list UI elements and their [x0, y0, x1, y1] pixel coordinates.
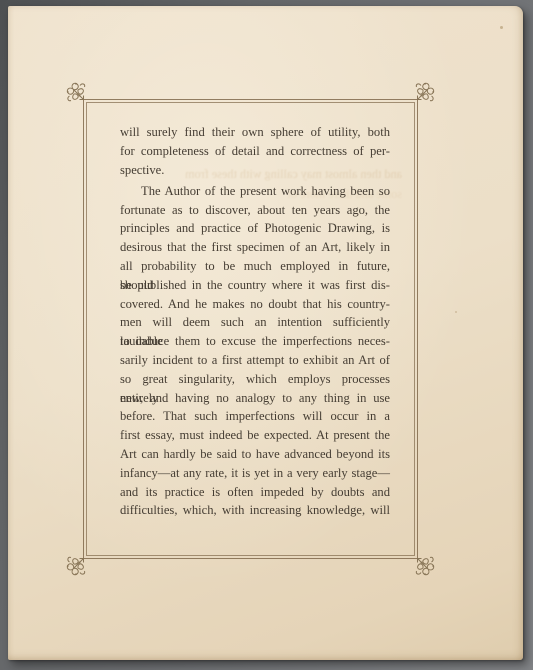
- text-line: be published in the country where it was…: [120, 276, 390, 295]
- corner-fleuron-top-left-icon: [66, 82, 100, 116]
- paper-speck: [500, 26, 503, 29]
- text-line: fortunate as to discover, about ten year…: [120, 201, 390, 220]
- text-line: desirous that the first specimen of an A…: [120, 238, 390, 257]
- text-line: covered. And he makes no doubt that his …: [120, 295, 390, 314]
- book-page: and then almost may calling with these f…: [8, 6, 523, 660]
- text-line: difficulties, which, with increasing kno…: [120, 501, 390, 520]
- text-line: all probability to be much employed in f…: [120, 257, 390, 276]
- text-line: principles and practice of Photogenic Dr…: [120, 219, 390, 238]
- text-line: and its practice is often impeded by dou…: [120, 483, 390, 502]
- corner-fleuron-top-right-icon: [401, 82, 435, 116]
- text-line: first essay, must indeed be expected. At…: [120, 426, 390, 445]
- text-line: for completeness of detail and correctne…: [120, 142, 390, 161]
- paper-speck: [455, 311, 457, 313]
- text-line: men will deem such an intention sufficie…: [120, 313, 390, 332]
- paragraph: The Author of the present work having be…: [120, 182, 390, 520]
- photo-backdrop: and then almost may calling with these f…: [0, 0, 533, 670]
- text-line: before. That such imperfections will occ…: [120, 407, 390, 426]
- text-line: infancy—at any rate, it is yet in a very…: [120, 464, 390, 483]
- text-line: spective.: [120, 161, 390, 180]
- text-line: sarily incident to a first attempt to ex…: [120, 351, 390, 370]
- text-line: Art can hardly be said to have advanced …: [120, 445, 390, 464]
- corner-fleuron-bottom-right-icon: [401, 542, 435, 576]
- text-line: so great singularity, which employs proc…: [120, 370, 390, 389]
- paragraph: will surely find their own sphere of uti…: [120, 123, 390, 179]
- text-line: will surely find their own sphere of uti…: [120, 123, 390, 142]
- corner-fleuron-bottom-left-icon: [66, 542, 100, 576]
- text-line: new, and having no analogy to any thing …: [120, 389, 390, 408]
- page-text: will surely find their own sphere of uti…: [120, 123, 390, 520]
- text-line: to induce them to excuse the imperfectio…: [120, 332, 390, 351]
- text-line: The Author of the present work having be…: [120, 182, 390, 201]
